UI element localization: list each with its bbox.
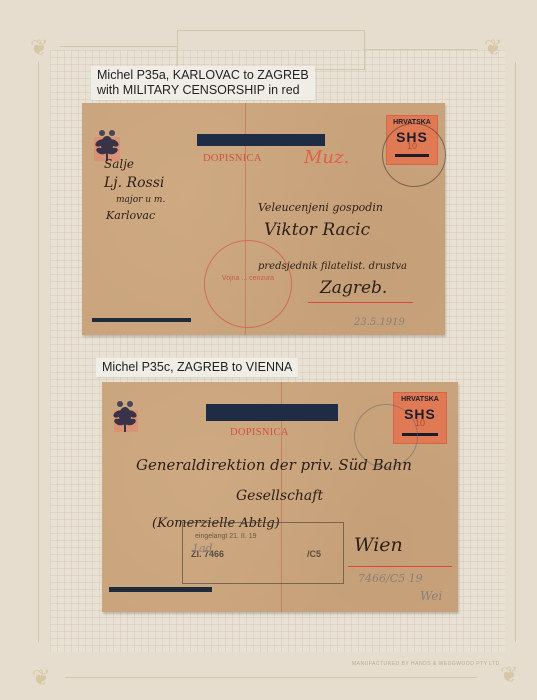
- frame-line: [60, 46, 177, 47]
- recipient-line: Generaldirektion der priv. Süd Bahn: [136, 456, 412, 474]
- receipt-stamp-suffix: /C5: [307, 549, 321, 559]
- censor-stamp-text: Vojna ... cenzura: [205, 275, 291, 282]
- recipient-line: Viktor Racic: [264, 220, 370, 240]
- military-censor-stamp: Vojna ... cenzura: [204, 240, 292, 328]
- sender-line: Lj. Rossi: [104, 175, 164, 191]
- red-underline: [348, 566, 452, 567]
- pencil-note: Wei: [420, 589, 442, 603]
- label-line: with MILITARY CENSORSHIP in red: [97, 83, 309, 98]
- stamp-overprint-top: HRVATSKA: [394, 396, 446, 403]
- corner-ornament-icon: ❦: [32, 666, 50, 691]
- corner-ornament-icon: ❦: [30, 36, 48, 61]
- recipient-line: Zagreb.: [320, 278, 387, 298]
- card-label-2: Michel P35c, ZAGREB to VIENNA: [96, 358, 298, 377]
- card-type-label: DOPISNICA: [230, 427, 289, 438]
- frame-line: [38, 62, 39, 642]
- recipient-line: Wien: [354, 534, 403, 556]
- corner-ornament-icon: ❦: [500, 663, 518, 688]
- postmark: [382, 123, 446, 187]
- postcard-2: DOPISNICA HRVATSKA SHS 10 Generaldirekti…: [102, 382, 458, 612]
- recipient-line: Veleucenjeni gospodin: [258, 201, 383, 214]
- sender-line: Karlovac: [106, 209, 155, 222]
- recipient-line: predsjednik filatelist. drustva: [258, 261, 407, 272]
- frame-line: [363, 49, 478, 50]
- postcard-1: DOPISNICA Muz. HRVATSKA SHS 10 Vojna ...…: [82, 103, 445, 335]
- corner-ornament-icon: ❦: [484, 36, 502, 61]
- recipient-line: Gesellschaft: [236, 488, 323, 504]
- red-underline: [308, 302, 413, 303]
- label-line: Michel P35c, ZAGREB to VIENNA: [102, 360, 292, 375]
- page-title-box: [177, 30, 365, 70]
- card-type-label: DOPISNICA: [203, 153, 262, 164]
- bottom-bar: [109, 587, 212, 592]
- pencil-note: 23.5.1919: [354, 317, 405, 328]
- handwritten-ref: 1ad: [192, 542, 213, 555]
- censor-mark: Muz.: [304, 147, 349, 168]
- obliterated-text-bar: [206, 404, 338, 421]
- frame-line: [515, 62, 516, 642]
- footer-imprint: MANUFACTURED BY HANDS & WEDGWOOD PTY LTD: [352, 661, 500, 667]
- album-page: ❦ ❦ ❦ ❦ MANUFACTURED BY HANDS & WEDGWOOD…: [0, 0, 537, 700]
- pencil-note: 7466/C5 19: [358, 572, 423, 585]
- sender-line: Salje: [104, 157, 134, 171]
- flower-emblem-icon: [110, 400, 140, 434]
- sender-line: major u m.: [116, 195, 165, 205]
- receipt-stamp-date: eingelangt 21. II. 19: [195, 533, 257, 540]
- card-label-1: Michel P35a, KARLOVAC to ZAGREB with MIL…: [91, 66, 315, 100]
- frame-line: [65, 677, 477, 678]
- obliterated-text-bar: [197, 134, 325, 146]
- bottom-bar: [92, 318, 191, 322]
- label-line: Michel P35a, KARLOVAC to ZAGREB: [97, 68, 309, 83]
